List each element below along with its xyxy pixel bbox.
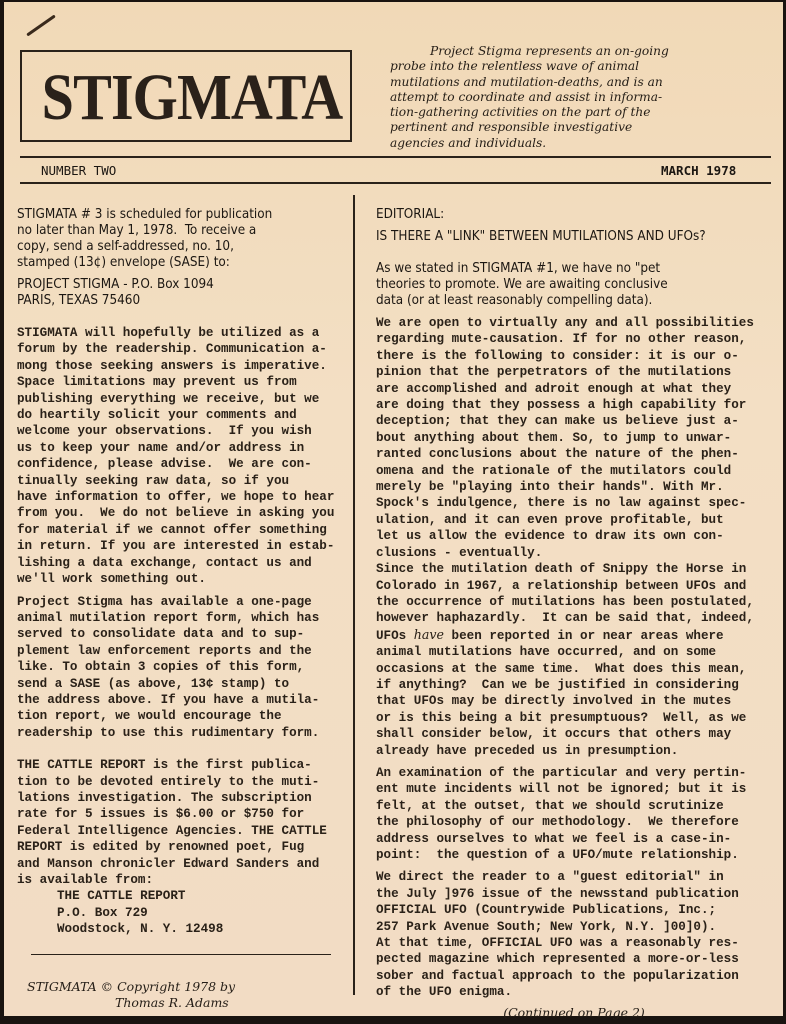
text-line: no later than May 1, 1978. To receive a bbox=[17, 223, 347, 239]
text-line: omena and the rationale of the mutilator… bbox=[376, 463, 772, 479]
text-line: readership to use this rudimentary form. bbox=[17, 725, 347, 741]
forum-paragraph: STIGMATA will hopefully be utilized as a… bbox=[17, 325, 347, 588]
text-line: if anything? Can we be justified in cons… bbox=[376, 677, 772, 693]
mission-line: tion-gathering activities on the part of… bbox=[390, 105, 770, 120]
text-line: We are open to virtually any and all pos… bbox=[376, 315, 772, 331]
text-line: of the UFO enigma. bbox=[376, 984, 772, 1000]
editorial-examination-paragraph: An examination of the particular and ver… bbox=[376, 765, 772, 863]
text-line: deception; that they can make us believe… bbox=[376, 413, 772, 429]
text-line: in return. If you are interested in esta… bbox=[17, 538, 347, 554]
text-line: sober and factual approach to the popula… bbox=[376, 968, 772, 984]
text-line: and Manson chronicler Edward Sanders and bbox=[17, 856, 347, 872]
mission-line: Project Stigma represents an on-going bbox=[390, 44, 770, 59]
text-line: STIGMATA will hopefully be utilized as a bbox=[17, 325, 347, 341]
text-line: regarding mute-causation. If for no othe… bbox=[376, 331, 772, 347]
mission-line: attempt to coordinate and assist in info… bbox=[390, 90, 770, 105]
text-line: clusions - eventually. bbox=[376, 545, 772, 561]
issue-number: NUMBER TWO bbox=[41, 163, 116, 178]
right-column: EDITORIAL: IS THERE A "LINK" BETWEEN MUT… bbox=[376, 207, 772, 1020]
text-line: mong those seeking answers is imperative… bbox=[17, 358, 347, 374]
left-column: STIGMATA # 3 is scheduled for publicatio… bbox=[17, 207, 347, 1011]
text-line: Project Stigma has available a one-page bbox=[17, 594, 347, 610]
issue-date: MARCH 1978 bbox=[661, 163, 736, 178]
text-line: rate for 5 issues is $6.00 or $750 for bbox=[17, 806, 347, 822]
text-line: Spock's indulgence, there is no law agai… bbox=[376, 495, 772, 511]
text-line: that UFOs may be directly involved in th… bbox=[376, 693, 772, 709]
editorial-snippy-paragraph: Since the mutilation death of Snippy the… bbox=[376, 561, 772, 759]
text-line: publishing everything we receive, but we bbox=[17, 391, 347, 407]
text-line: animal mutilation report form, which has bbox=[17, 610, 347, 626]
text-line: Space limitations may prevent us from bbox=[17, 374, 347, 390]
text-line: pected magazine which represented a more… bbox=[376, 951, 772, 967]
copyright-notice: STIGMATA © Copyright 1978 by Thomas R. A… bbox=[27, 979, 347, 1011]
mission-line: probe into the relentless wave of animal bbox=[390, 59, 770, 74]
snippy-have-line: UFOs have been reported in or near areas… bbox=[376, 627, 772, 644]
copyright-author: Thomas R. Adams bbox=[27, 995, 347, 1011]
text-line: PARIS, TEXAS 75460 bbox=[17, 293, 347, 309]
text-line: we'll work something out. bbox=[17, 571, 347, 587]
text-line: the July ]976 issue of the newsstand pub… bbox=[376, 886, 772, 902]
text-line: however haphazardly. It can be said that… bbox=[376, 610, 772, 626]
text-line: the address above. If you have a mutila- bbox=[17, 692, 347, 708]
text-line: merely be "playing into their hands". Wi… bbox=[376, 479, 772, 495]
text-line: tion to be devoted entirely to the muti- bbox=[17, 774, 347, 790]
text-line: point: the question of a UFO/mute relati… bbox=[376, 847, 772, 863]
editorial-intro: As we stated in STIGMATA #1, we have no … bbox=[376, 261, 772, 309]
announcement: STIGMATA # 3 is scheduled for publicatio… bbox=[17, 207, 347, 271]
snippy-lines: Since the mutilation death of Snippy the… bbox=[376, 561, 772, 627]
text-line: address ourselves to what we feel is a c… bbox=[376, 831, 772, 847]
column-divider bbox=[353, 195, 355, 995]
have-prefix: UFOs bbox=[376, 629, 414, 643]
text-line: Colorado in 1967, a relationship between… bbox=[376, 578, 772, 594]
text-line: from you. We do not believe in asking yo… bbox=[17, 505, 347, 521]
text-line: ulation, and it can even prove profitabl… bbox=[376, 512, 772, 528]
text-line: like. To obtain 3 copies of this form, bbox=[17, 659, 347, 675]
editorial-direct-paragraph: We direct the reader to a "guest editori… bbox=[376, 869, 772, 1000]
text-line: P.O. Box 729 bbox=[57, 905, 347, 921]
editorial-title: IS THERE A "LINK" BETWEEN MUTILATIONS AN… bbox=[376, 229, 772, 245]
text-line: STIGMATA # 3 is scheduled for publicatio… bbox=[17, 207, 347, 223]
text-line: served to consolidate data and to sup- bbox=[17, 626, 347, 642]
text-line: OFFICIAL UFO (Countrywide Publications, … bbox=[376, 902, 772, 918]
have-emphasis: have bbox=[414, 627, 444, 642]
text-line: felt, at the outset, that we should scru… bbox=[376, 798, 772, 814]
text-line: are accomplished and adroit enough at wh… bbox=[376, 381, 772, 397]
text-line: ranted conclusions about the nature of t… bbox=[376, 446, 772, 462]
text-line: An examination of the particular and ver… bbox=[376, 765, 772, 781]
text-line: welcome your observations. If you wish bbox=[17, 423, 347, 439]
text-line: let us allow the evidence to draw its ow… bbox=[376, 528, 772, 544]
text-line: forum by the readership. Communication a… bbox=[17, 341, 347, 357]
editorial-label: EDITORIAL: bbox=[376, 207, 772, 223]
mission-line: mutilations and mutilation-deaths, and i… bbox=[390, 75, 770, 90]
text-line: tinually seeking raw data, so if you bbox=[17, 473, 347, 489]
text-line: there is the following to consider: it i… bbox=[376, 348, 772, 364]
text-line: lishing a data exchange, contact us and bbox=[17, 555, 347, 571]
editorial-open-paragraph: We are open to virtually any and all pos… bbox=[376, 315, 772, 561]
text-line: the occurrence of mutilations has been p… bbox=[376, 594, 772, 610]
text-line: PROJECT STIGMA - P.O. Box 1094 bbox=[17, 277, 347, 293]
text-line: animal mutilations have occurred, and on… bbox=[376, 644, 772, 660]
text-line: theories to promote. We are awaiting con… bbox=[376, 277, 772, 293]
footer-rule bbox=[31, 954, 331, 956]
text-line: confidence, please advise. We are con- bbox=[17, 456, 347, 472]
text-line: for material if we cannot offer somethin… bbox=[17, 522, 347, 538]
project-address: PROJECT STIGMA - P.O. Box 1094PARIS, TEX… bbox=[17, 277, 347, 309]
text-line: tion report, we would encourage the bbox=[17, 708, 347, 724]
text-line: occasions at the same time. What does th… bbox=[376, 661, 772, 677]
text-line: is available from: bbox=[17, 872, 347, 888]
text-line: the philosophy of our methodology. We th… bbox=[376, 814, 772, 830]
text-line: 257 Park Avenue South; New York, N.Y. ]0… bbox=[376, 919, 772, 935]
text-line: copy, send a self-addressed, no. 10, bbox=[17, 239, 347, 255]
text-line: plement law enforcement reports and the bbox=[17, 643, 347, 659]
text-line: already have preceded us in presumption. bbox=[376, 743, 772, 759]
text-line: shall consider below, it occurs that oth… bbox=[376, 726, 772, 742]
continued-notice: (Continued on Page 2) bbox=[376, 1005, 772, 1020]
cattle-report-address: THE CATTLE REPORTP.O. Box 729Woodstock, … bbox=[17, 888, 347, 937]
text-line: We direct the reader to a "guest editori… bbox=[376, 869, 772, 885]
text-line: send a SASE (as above, 13¢ stamp) to bbox=[17, 676, 347, 692]
masthead-box: STIGMATA bbox=[20, 50, 352, 142]
text-line: Since the mutilation death of Snippy the… bbox=[376, 561, 772, 577]
text-line: have information to offer, we hope to he… bbox=[17, 489, 347, 505]
newsletter-page: STIGMATA Project Stigma represents an on… bbox=[4, 2, 783, 1016]
text-line: bout anything about them. So, to jump to… bbox=[376, 430, 772, 446]
masthead-title: STIGMATA bbox=[42, 58, 331, 138]
cattle-report-paragraph: THE CATTLE REPORT is the first publica-t… bbox=[17, 757, 347, 888]
header-rule-bottom bbox=[20, 182, 771, 184]
header-rule-top bbox=[20, 156, 771, 158]
mission-line: pertinent and responsible investigative bbox=[390, 120, 770, 135]
text-line: lations investigation. The subscription bbox=[17, 790, 347, 806]
have-suffix: been reported in or near areas where bbox=[444, 629, 724, 643]
text-line: Woodstock, N. Y. 12498 bbox=[57, 921, 347, 937]
snippy-lines-2: animal mutilations have occurred, and on… bbox=[376, 644, 772, 759]
text-line: ent mute incidents will not be ignored; … bbox=[376, 781, 772, 797]
text-line: As we stated in STIGMATA #1, we have no … bbox=[376, 261, 772, 277]
text-line: pinion that the perpetrators of the muti… bbox=[376, 364, 772, 380]
text-line: data (or at least reasonably compelling … bbox=[376, 293, 772, 309]
text-line: do heartily solicit your comments and bbox=[17, 407, 347, 423]
text-line: are doing that they possess a high capab… bbox=[376, 397, 772, 413]
text-line: THE CATTLE REPORT is the first publica- bbox=[17, 757, 347, 773]
mission-statement: Project Stigma represents an on-goingpro… bbox=[390, 44, 770, 151]
pen-mark bbox=[26, 15, 56, 37]
mission-line: agencies and individuals. bbox=[390, 136, 770, 151]
copyright-line: STIGMATA © Copyright 1978 by bbox=[27, 979, 347, 995]
text-line: stamped (13¢) envelope (SASE) to: bbox=[17, 255, 347, 271]
text-line: Federal Intelligence Agencies. THE CATTL… bbox=[17, 823, 347, 839]
text-line: REPORT is edited by renowned poet, Fug bbox=[17, 839, 347, 855]
text-line: THE CATTLE REPORT bbox=[57, 888, 347, 904]
text-line: us to keep your name and/or address in bbox=[17, 440, 347, 456]
report-form-paragraph: Project Stigma has available a one-pagea… bbox=[17, 594, 347, 742]
text-line: At that time, OFFICIAL UFO was a reasona… bbox=[376, 935, 772, 951]
text-line: or is this being a bit presumptuous? Wel… bbox=[376, 710, 772, 726]
